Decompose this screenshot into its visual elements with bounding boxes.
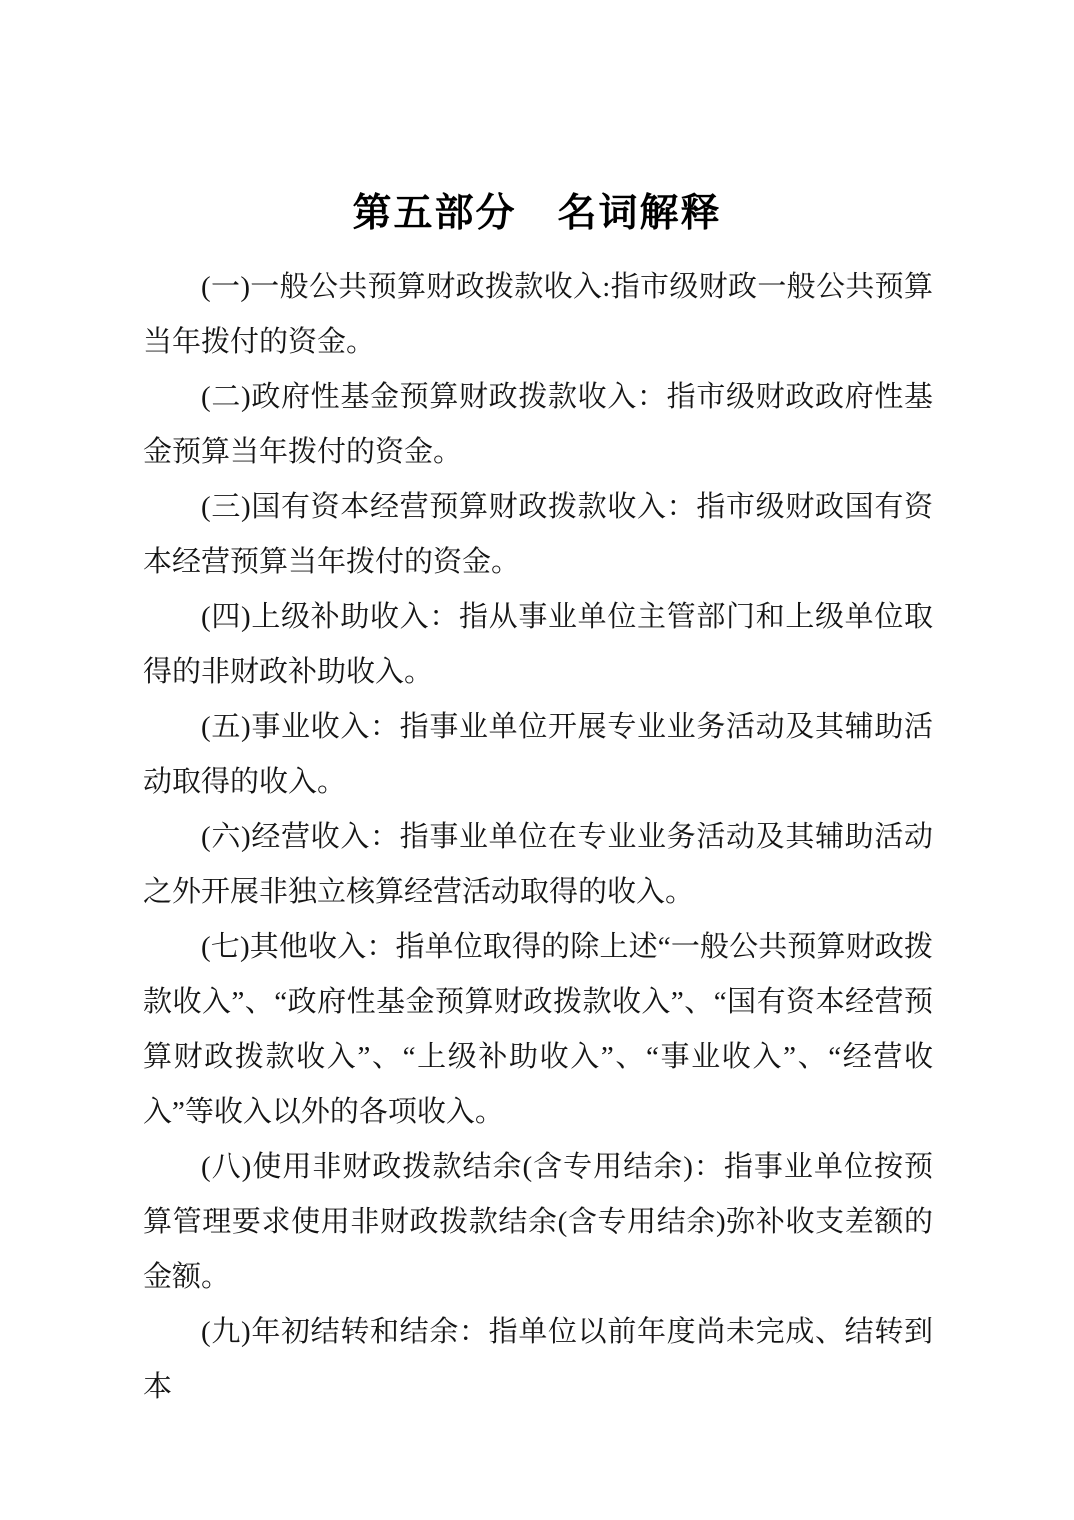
paragraph: (五)事业收入：指事业单位开展专业业务活动及其辅助活动取得的收入。 [143,700,933,810]
paragraph: (六)经营收入：指事业单位在专业业务活动及其辅助活动之外开展非独立核算经营活动取… [143,810,933,920]
paragraph: (九)年初结转和结余：指单位以前年度尚未完成、结转到本 [143,1305,933,1415]
paragraph: (三)国有资本经营预算财政拨款收入：指市级财政国有资本经营预算当年拨付的资金。 [143,480,933,590]
page-title: 第五部分 名词解释 [0,190,1074,238]
document-body: (一)一般公共预算财政拨款收入:指市级财政一般公共预算当年拨付的资金。 (二)政… [143,260,933,1415]
paragraph: (一)一般公共预算财政拨款收入:指市级财政一般公共预算当年拨付的资金。 [143,260,933,370]
paragraph: (七)其他收入：指单位取得的除上述“一般公共预算财政拨款收入”、“政府性基金预算… [143,920,933,1140]
paragraph: (八)使用非财政拨款结余(含专用结余)：指事业单位按预算管理要求使用非财政拨款结… [143,1140,933,1305]
paragraph: (二)政府性基金预算财政拨款收入：指市级财政政府性基金预算当年拨付的资金。 [143,370,933,480]
paragraph: (四)上级补助收入：指从事业单位主管部门和上级单位取得的非财政补助收入。 [143,590,933,700]
document-page: 第五部分 名词解释 (一)一般公共预算财政拨款收入:指市级财政一般公共预算当年拨… [0,0,1074,1520]
